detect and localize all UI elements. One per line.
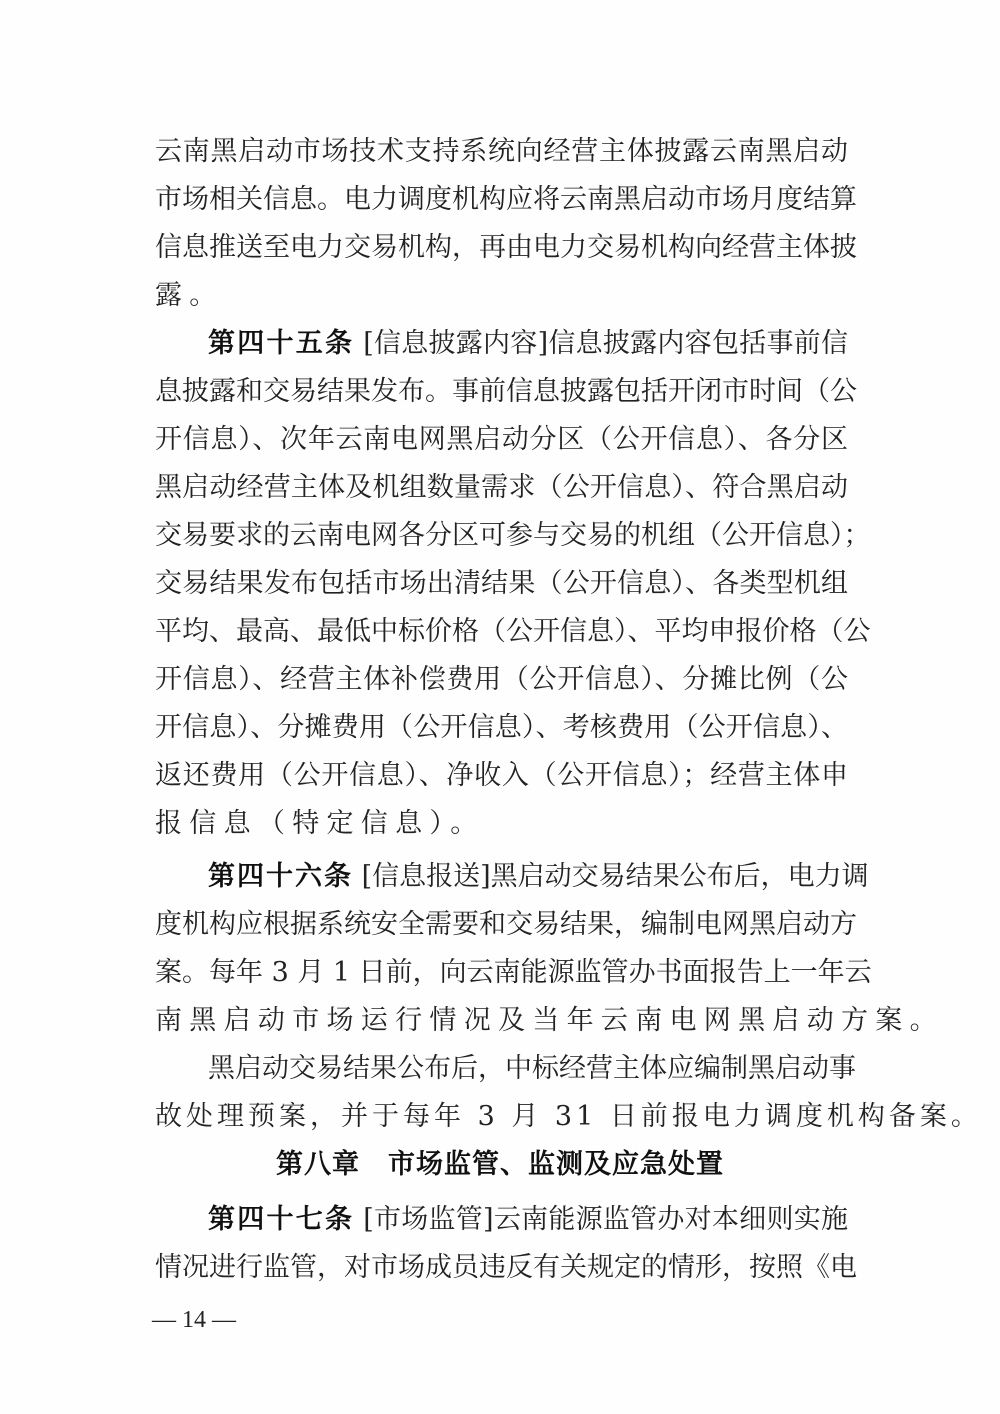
text-span: [市场监管]云南能源监管办对本细则实施 [363, 1204, 848, 1235]
text-line: 故处理预案，并于每年 3 月 31 日前报电力调度机构备案。 [155, 1097, 855, 1137]
article-45-first-line: 第四十五条 [信息披露内容]信息披露内容包括事前信 [208, 324, 848, 364]
page-number: — 14 — [152, 1305, 236, 1335]
text-line: 案。每年 3 月 1 日前，向云南能源监管办书面报告上一年云 [155, 953, 848, 993]
text-line: 开信息）、次年云南电网黑启动分区（公开信息）、各分区 [155, 420, 848, 460]
text-line: 市场相关信息。电力调度机构应将云南黑启动市场月度结算 [155, 180, 848, 220]
text-line: 露。 [155, 276, 855, 316]
text-span: [信息披露内容]信息披露内容包括事前信 [363, 328, 848, 359]
text-line: 南黑启动市场运行情况及当年云南电网黑启动方案。 [155, 1001, 855, 1041]
text-line: 息披露和交易结果发布。事前信息披露包括开闭市时间（公 [155, 372, 848, 412]
article-45-heading: 第四十五条 [208, 328, 354, 359]
text-line: 开信息）、经营主体补偿费用（公开信息）、分摊比例（公 [155, 660, 848, 700]
text-line: 度机构应根据系统安全需要和交易结果，编制电网黑启动方 [155, 905, 848, 945]
text-span: [信息报送]黑启动交易结果公布后，电力调 [362, 861, 869, 892]
article-46-heading: 第四十六条 [208, 861, 353, 892]
text-line: 黑启动交易结果公布后，中标经营主体应编制黑启动事 [208, 1049, 848, 1089]
document-page: 云南黑启动市场技术支持系统向经营主体披露云南黑启动 市场相关信息。电力调度机构应… [0, 0, 1000, 1414]
text-line: 报信息（特定信息）。 [155, 804, 855, 844]
text-line: 交易要求的云南电网各分区可参与交易的机组（公开信息）； [155, 516, 848, 556]
article-46-first-line: 第四十六条 [信息报送]黑启动交易结果公布后，电力调 [208, 857, 848, 897]
text-line: 交易结果发布包括市场出清结果（公开信息）、各类型机组 [155, 564, 848, 604]
text-line: 平均、最高、最低中标价格（公开信息）、平均申报价格（公 [155, 612, 848, 652]
article-47-heading: 第四十七条 [208, 1204, 354, 1235]
text-line: 开信息）、分摊费用（公开信息）、考核费用（公开信息）、 [155, 708, 848, 748]
text-line: 黑启动经营主体及机组数量需求（公开信息）、符合黑启动 [155, 468, 848, 508]
text-line: 返还费用（公开信息）、净收入（公开信息）；经营主体申 [155, 756, 848, 796]
text-line: 云南黑启动市场技术支持系统向经营主体披露云南黑启动 [155, 132, 848, 172]
text-line: 情况进行监管，对市场成员违反有关规定的情形，按照《电 [155, 1248, 848, 1288]
text-line: 信息推送至电力交易机构，再由电力交易机构向经营主体披 [155, 228, 848, 268]
article-47-first-line: 第四十七条 [市场监管]云南能源监管办对本细则实施 [208, 1200, 848, 1240]
chapter-heading: 第八章 市场监管、监测及应急处置 [0, 1145, 1000, 1185]
